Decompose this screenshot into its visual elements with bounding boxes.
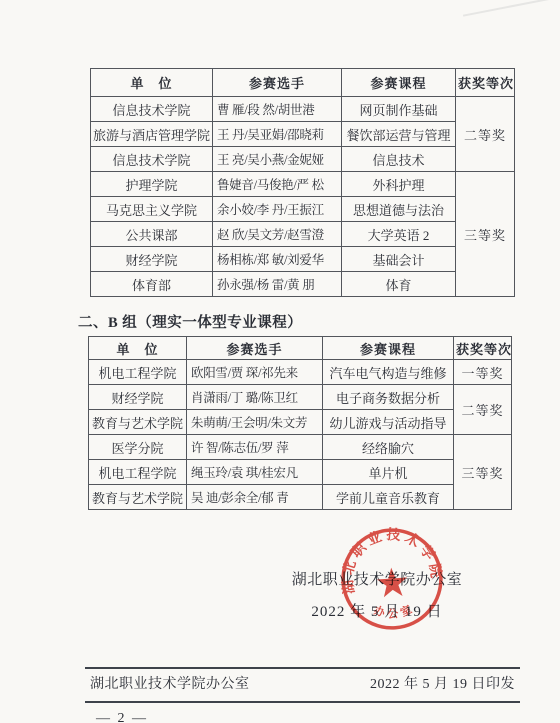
table-row: 财经学院 杨相栋/郑 敏/刘爱华 基础会计: [91, 247, 515, 272]
course-cell: 外科护理: [342, 172, 456, 197]
table-row: 信息技术学院 王 亮/吴小燕/金妮娅 信息技术: [91, 147, 515, 172]
footer-divider-bottom: [85, 701, 520, 703]
award-cell-first-prize: 一等奖: [454, 360, 512, 385]
course-cell: 电子商务数据分析: [323, 385, 454, 410]
page-number: — 2 —: [96, 711, 148, 723]
players-cell: 朱萌萌/王会明/朱文芳: [187, 410, 323, 435]
table-row: 公共课部 赵 欣/吴文芳/赵雪澄 大学英语 2: [91, 222, 515, 247]
table-row: 机电工程学院 绳玉玲/袁 琪/桂宏凡 单片机: [89, 460, 512, 485]
col-header-players: 参赛选手: [187, 337, 323, 360]
players-cell: 鲁婕音/马俊艳/严 松: [213, 172, 342, 197]
section-b-title: 二、B 组（理实一体型专业课程）: [78, 311, 302, 332]
unit-cell: 教育与艺术学院: [89, 485, 187, 510]
scan-fold-artifact: [463, 0, 560, 36]
course-cell: 幼儿游戏与活动指导: [323, 410, 454, 435]
unit-cell: 财经学院: [91, 247, 213, 272]
footer-issuer: 湖北职业技术学院办公室: [90, 671, 250, 699]
award-cell-third-prize: 三等奖: [456, 172, 515, 297]
unit-cell: 医学分院: [89, 435, 187, 460]
award-cell-third-prize: 三等奖: [454, 435, 512, 510]
table-row: 教育与艺术学院 朱萌萌/王会明/朱文芳 幼儿游戏与活动指导: [89, 410, 512, 435]
footer-print-date: 2022 年 5 月 19 日印发: [370, 671, 515, 699]
table-row: 医学分院 许 智/陈志伍/罗 萍 经络腧穴 三等奖: [89, 435, 512, 460]
table-a-header-row: 单 位 参赛选手 参赛课程 获奖等次: [91, 69, 515, 97]
players-cell: 孙永强/杨 雷/黄 朋: [213, 272, 342, 297]
col-header-course: 参赛课程: [323, 337, 454, 360]
table-row: 马克思主义学院 余小姣/李 丹/王振江 思想道德与法治: [91, 197, 515, 222]
table-b-header-row: 单 位 参赛选手 参赛课程 获奖等次: [89, 337, 512, 360]
course-cell: 餐饮部运营与管理: [342, 122, 456, 147]
players-cell: 肖潇雨/丁 璐/陈卫红: [187, 385, 323, 410]
players-cell: 余小姣/李 丹/王振江: [213, 197, 342, 222]
page-footer: 湖北职业技术学院办公室 2022 年 5 月 19 日印发: [85, 671, 520, 699]
players-cell: 许 智/陈志伍/罗 萍: [187, 435, 323, 460]
players-cell: 绳玉玲/袁 琪/桂宏凡: [187, 460, 323, 485]
players-cell: 赵 欣/吴文芳/赵雪澄: [213, 222, 342, 247]
col-header-award: 获奖等次: [456, 69, 515, 97]
unit-cell: 体育部: [91, 272, 213, 297]
official-red-seal-stamp: 湖北职业技术学院 办公室: [336, 523, 447, 634]
course-cell: 体育: [342, 272, 456, 297]
col-header-unit: 单 位: [91, 69, 213, 97]
unit-cell: 财经学院: [89, 385, 187, 410]
seal-bottom-text: 办公室: [371, 600, 418, 623]
col-header-award: 获奖等次: [454, 337, 512, 360]
unit-cell: 旅游与酒店管理学院: [91, 122, 213, 147]
col-header-unit: 单 位: [89, 337, 187, 360]
table-row: 体育部 孙永强/杨 雷/黄 朋 体育: [91, 272, 515, 297]
seal-star-icon: [376, 567, 408, 598]
col-header-course: 参赛课程: [342, 69, 456, 97]
unit-cell: 信息技术学院: [91, 147, 213, 172]
unit-cell: 马克思主义学院: [91, 197, 213, 222]
players-cell: 王 亮/吴小燕/金妮娅: [213, 147, 342, 172]
players-cell: 杨相栋/郑 敏/刘爱华: [213, 247, 342, 272]
table-row: 旅游与酒店管理学院 王 丹/吴亚娟/邵晓莉 餐饮部运营与管理: [91, 122, 515, 147]
course-cell: 大学英语 2: [342, 222, 456, 247]
svg-text:办公室: 办公室: [371, 600, 418, 623]
footer-divider-top: [85, 667, 520, 669]
course-cell: 思想道德与法治: [342, 197, 456, 222]
awards-table-group-a: 单 位 参赛选手 参赛课程 获奖等次 信息技术学院 曹 雁/段 然/胡世港 网页…: [90, 68, 515, 297]
course-cell: 学前儿童音乐教育: [323, 485, 454, 510]
players-cell: 吴 迪/彭余全/郁 青: [187, 485, 323, 510]
unit-cell: 护理学院: [91, 172, 213, 197]
course-cell: 汽车电气构造与维修: [323, 360, 454, 385]
awards-table-group-b: 单 位 参赛选手 参赛课程 获奖等次 机电工程学院 欧阳雪/贾 琛/祁先来 汽车…: [88, 336, 512, 510]
course-cell: 基础会计: [342, 247, 456, 272]
table-row: 信息技术学院 曹 雁/段 然/胡世港 网页制作基础 二等奖: [91, 97, 515, 122]
col-header-players: 参赛选手: [213, 69, 342, 97]
unit-cell: 机电工程学院: [89, 460, 187, 485]
course-cell: 经络腧穴: [323, 435, 454, 460]
course-cell: 单片机: [323, 460, 454, 485]
table-row: 财经学院 肖潇雨/丁 璐/陈卫红 电子商务数据分析 二等奖: [89, 385, 512, 410]
scanned-document-page: 单 位 参赛选手 参赛课程 获奖等次 信息技术学院 曹 雁/段 然/胡世港 网页…: [0, 0, 560, 723]
players-cell: 王 丹/吴亚娟/邵晓莉: [213, 122, 342, 147]
unit-cell: 教育与艺术学院: [89, 410, 187, 435]
players-cell: 曹 雁/段 然/胡世港: [213, 97, 342, 122]
players-cell: 欧阳雪/贾 琛/祁先来: [187, 360, 323, 385]
table-row: 机电工程学院 欧阳雪/贾 琛/祁先来 汽车电气构造与维修 一等奖: [89, 360, 512, 385]
table-row: 护理学院 鲁婕音/马俊艳/严 松 外科护理 三等奖: [91, 172, 515, 197]
course-cell: 网页制作基础: [342, 97, 456, 122]
unit-cell: 信息技术学院: [91, 97, 213, 122]
course-cell: 信息技术: [342, 147, 456, 172]
table-row: 教育与艺术学院 吴 迪/彭余全/郁 青 学前儿童音乐教育: [89, 485, 512, 510]
award-cell-second-prize: 二等奖: [454, 385, 512, 435]
unit-cell: 公共课部: [91, 222, 213, 247]
award-cell-second-prize: 二等奖: [456, 97, 515, 172]
unit-cell: 机电工程学院: [89, 360, 187, 385]
